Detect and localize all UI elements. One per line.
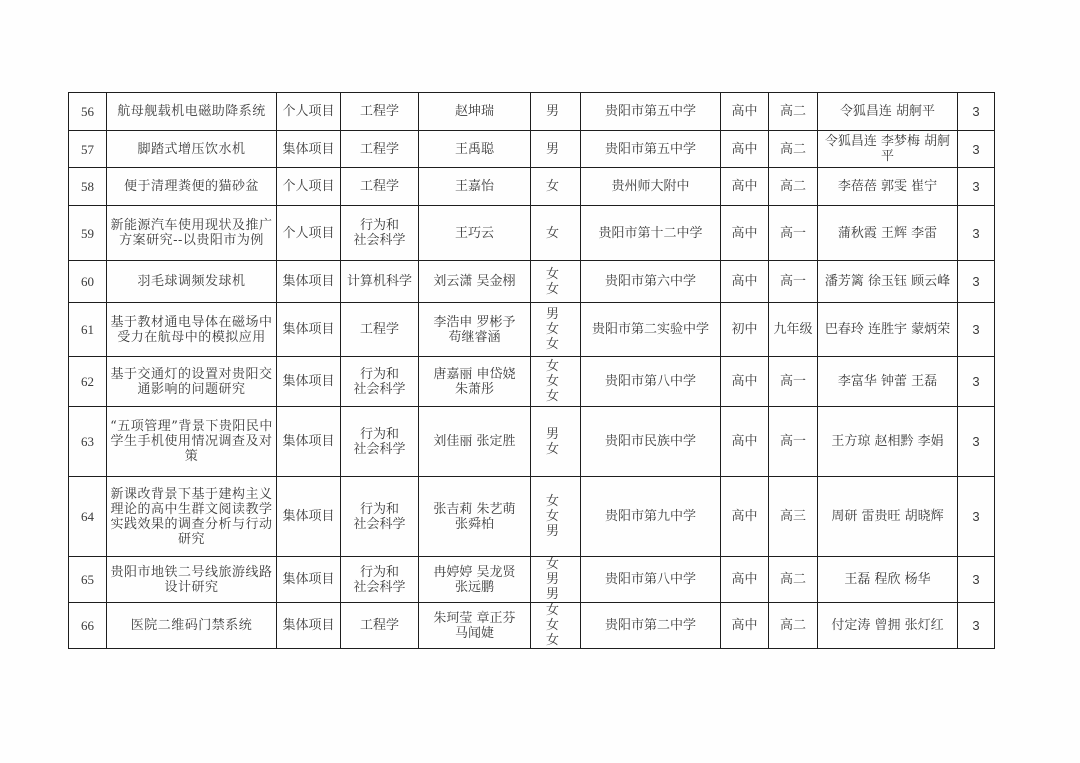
grade-level: 高二 <box>769 557 818 603</box>
advisor-count: 3 <box>958 93 995 131</box>
advisor-names: 王方琼 赵相黔 李娟 <box>818 407 958 477</box>
student-genders-line: 女 男 <box>534 557 577 587</box>
advisor-names: 王磊 程欣 杨华 <box>818 557 958 603</box>
project-field-line: 工程学 <box>344 322 415 337</box>
advisor-names: 周研 雷贵旺 胡晓辉 <box>818 477 958 557</box>
student-genders-line: 男 女 <box>534 307 577 337</box>
student-genders-line: 女 女 <box>534 267 577 297</box>
school-stage: 高中 <box>721 357 769 407</box>
school-name: 贵阳市第五中学 <box>581 93 721 131</box>
student-genders: 男 女 <box>531 407 581 477</box>
advisor-count: 3 <box>958 303 995 357</box>
table-row: 65贵阳市地铁二号线旅游线路设计研究集体项目行为和社会科学冉婷婷 吴龙贤张远鹏女… <box>69 557 995 603</box>
row-number: 65 <box>69 557 107 603</box>
row-number: 60 <box>69 261 107 303</box>
student-names-line: 王禹聪 <box>422 142 527 157</box>
grade-level: 高一 <box>769 206 818 261</box>
table-row: 56航母舰载机电磁助降系统个人项目工程学赵坤瑞男贵阳市第五中学高中高二令狐昌连 … <box>69 93 995 131</box>
row-number: 61 <box>69 303 107 357</box>
table-row: 62基于交通灯的设置对贵阳交通影响的问题研究集体项目行为和社会科学唐嘉丽 申岱娆… <box>69 357 995 407</box>
project-type: 集体项目 <box>277 477 341 557</box>
table-row: 63“五项管理”背景下贵阳民中学生手机使用情况调查及对策集体项目行为和社会科学刘… <box>69 407 995 477</box>
project-roster-table: 56航母舰载机电磁助降系统个人项目工程学赵坤瑞男贵阳市第五中学高中高二令狐昌连 … <box>68 92 995 649</box>
student-names-line: 张吉莉 朱艺萌 <box>422 502 527 517</box>
project-type: 个人项目 <box>277 168 341 206</box>
project-title: “五项管理”背景下贵阳民中学生手机使用情况调查及对策 <box>107 407 277 477</box>
project-title: 羽毛球调频发球机 <box>107 261 277 303</box>
advisor-names: 付定涛 曾拥 张灯红 <box>818 603 958 649</box>
student-names-line: 马闻婕 <box>422 626 527 641</box>
project-type: 集体项目 <box>277 557 341 603</box>
row-number: 58 <box>69 168 107 206</box>
table-row: 60羽毛球调频发球机集体项目计算机科学刘云潇 吴金栩女 女贵阳市第六中学高中高一… <box>69 261 995 303</box>
project-title: 便于清理粪便的猫砂盆 <box>107 168 277 206</box>
project-field-line: 工程学 <box>344 142 415 157</box>
student-genders-line: 男 <box>534 587 577 602</box>
project-type: 个人项目 <box>277 206 341 261</box>
school-name: 贵阳市第二实验中学 <box>581 303 721 357</box>
student-genders: 男 <box>531 131 581 168</box>
project-title: 脚踏式增压饮水机 <box>107 131 277 168</box>
grade-level: 高一 <box>769 407 818 477</box>
table-row: 61基于教材通电导体在磁场中受力在航母中的模拟应用集体项目工程学李浩申 罗彬予苟… <box>69 303 995 357</box>
grade-level: 高三 <box>769 477 818 557</box>
student-names-line: 冉婷婷 吴龙贤 <box>422 565 527 580</box>
school-stage: 高中 <box>721 261 769 303</box>
school-stage: 初中 <box>721 303 769 357</box>
school-stage: 高中 <box>721 603 769 649</box>
project-field-line: 社会科学 <box>344 580 415 595</box>
project-title: 航母舰载机电磁助降系统 <box>107 93 277 131</box>
project-field: 行为和社会科学 <box>341 477 419 557</box>
table-row: 57脚踏式增压饮水机集体项目工程学王禹聪男贵阳市第五中学高中高二令狐昌连 李梦梅… <box>69 131 995 168</box>
advisor-count: 3 <box>958 477 995 557</box>
project-field: 工程学 <box>341 168 419 206</box>
student-genders: 女 女女 <box>531 603 581 649</box>
student-names-line: 李浩申 罗彬予 <box>422 315 527 330</box>
student-names: 张吉莉 朱艺萌张舜柏 <box>419 477 531 557</box>
project-field-line: 社会科学 <box>344 442 415 457</box>
row-number: 57 <box>69 131 107 168</box>
advisor-count: 3 <box>958 603 995 649</box>
advisor-count: 3 <box>958 261 995 303</box>
student-names-line: 朱萧彤 <box>422 382 527 397</box>
student-names-line: 张远鹏 <box>422 580 527 595</box>
advisor-names: 潘芳篱 徐玉钰 顾云峰 <box>818 261 958 303</box>
school-stage: 高中 <box>721 93 769 131</box>
grade-level: 九年级 <box>769 303 818 357</box>
project-field: 行为和社会科学 <box>341 557 419 603</box>
student-names: 唐嘉丽 申岱娆朱萧彤 <box>419 357 531 407</box>
project-type: 集体项目 <box>277 303 341 357</box>
project-field: 工程学 <box>341 93 419 131</box>
project-field-line: 行为和 <box>344 502 415 517</box>
advisor-names: 巴春玲 连胜宇 蒙炳荣 <box>818 303 958 357</box>
student-genders: 女 <box>531 206 581 261</box>
table-row: 59新能源汽车使用现状及推广方案研究--以贵阳市为例个人项目行为和社会科学王巧云… <box>69 206 995 261</box>
project-field-line: 行为和 <box>344 218 415 233</box>
table-row: 66医院二维码门禁系统集体项目工程学朱珂莹 章正芬马闻婕女 女女贵阳市第二中学高… <box>69 603 995 649</box>
student-genders-line: 男 <box>534 142 577 157</box>
student-names: 冉婷婷 吴龙贤张远鹏 <box>419 557 531 603</box>
project-title: 基于交通灯的设置对贵阳交通影响的问题研究 <box>107 357 277 407</box>
project-field-line: 社会科学 <box>344 517 415 532</box>
project-field-line: 社会科学 <box>344 233 415 248</box>
project-field: 工程学 <box>341 603 419 649</box>
student-genders-line: 女 <box>534 389 577 404</box>
school-name: 贵阳市第二中学 <box>581 603 721 649</box>
grade-level: 高二 <box>769 168 818 206</box>
advisor-count: 3 <box>958 407 995 477</box>
row-number: 59 <box>69 206 107 261</box>
project-type: 集体项目 <box>277 131 341 168</box>
project-field: 计算机科学 <box>341 261 419 303</box>
student-names: 赵坤瑞 <box>419 93 531 131</box>
student-names-line: 赵坤瑞 <box>422 104 527 119</box>
school-name: 贵阳市第九中学 <box>581 477 721 557</box>
student-genders: 女 <box>531 168 581 206</box>
student-names: 王巧云 <box>419 206 531 261</box>
student-names-line: 刘佳丽 张定胜 <box>422 434 527 449</box>
project-title: 新课改背景下基于建构主义理论的高中生群文阅读教学实践效果的调查分析与行动研究 <box>107 477 277 557</box>
project-type: 集体项目 <box>277 357 341 407</box>
row-number: 62 <box>69 357 107 407</box>
student-genders-line: 女 <box>534 337 577 352</box>
project-field-line: 工程学 <box>344 104 415 119</box>
advisor-names: 令狐昌连 李梦梅 胡舸平 <box>818 131 958 168</box>
grade-level: 高二 <box>769 603 818 649</box>
student-genders-line: 女 女 <box>534 603 577 633</box>
project-title: 基于教材通电导体在磁场中受力在航母中的模拟应用 <box>107 303 277 357</box>
school-stage: 高中 <box>721 131 769 168</box>
student-names-line: 王嘉怡 <box>422 179 527 194</box>
project-field-line: 行为和 <box>344 565 415 580</box>
table-row: 58便于清理粪便的猫砂盆个人项目工程学王嘉怡女贵州师大附中高中高二李蓓蓓 郭雯 … <box>69 168 995 206</box>
student-genders-line: 女 <box>534 179 577 194</box>
project-type: 集体项目 <box>277 603 341 649</box>
grade-level: 高一 <box>769 357 818 407</box>
student-names: 刘佳丽 张定胜 <box>419 407 531 477</box>
school-stage: 高中 <box>721 557 769 603</box>
project-field: 行为和社会科学 <box>341 357 419 407</box>
student-names-line: 唐嘉丽 申岱娆 <box>422 367 527 382</box>
student-names-line: 苟继睿涵 <box>422 330 527 345</box>
project-field-line: 计算机科学 <box>344 274 415 289</box>
advisor-names: 令狐昌连 胡舸平 <box>818 93 958 131</box>
grade-level: 高二 <box>769 93 818 131</box>
school-name: 贵阳市第十二中学 <box>581 206 721 261</box>
student-genders-line: 女 <box>534 633 577 648</box>
student-genders: 女 男男 <box>531 557 581 603</box>
student-genders-line: 男 <box>534 104 577 119</box>
project-field-line: 行为和 <box>344 427 415 442</box>
row-number: 66 <box>69 603 107 649</box>
student-genders-line: 男 女 <box>534 427 577 457</box>
student-names: 刘云潇 吴金栩 <box>419 261 531 303</box>
student-genders: 女 女女 <box>531 357 581 407</box>
project-field: 行为和社会科学 <box>341 206 419 261</box>
advisor-count: 3 <box>958 557 995 603</box>
advisor-count: 3 <box>958 206 995 261</box>
project-field-line: 工程学 <box>344 179 415 194</box>
student-names-line: 王巧云 <box>422 226 527 241</box>
school-name: 贵阳市第六中学 <box>581 261 721 303</box>
student-genders-line: 女 女 <box>534 359 577 389</box>
grade-level: 高一 <box>769 261 818 303</box>
student-names: 李浩申 罗彬予苟继睿涵 <box>419 303 531 357</box>
advisor-count: 3 <box>958 357 995 407</box>
advisor-count: 3 <box>958 131 995 168</box>
student-genders: 女 女 <box>531 261 581 303</box>
student-genders-line: 女 <box>534 226 577 241</box>
project-title: 新能源汽车使用现状及推广方案研究--以贵阳市为例 <box>107 206 277 261</box>
project-title: 医院二维码门禁系统 <box>107 603 277 649</box>
school-stage: 高中 <box>721 206 769 261</box>
school-name: 贵阳市第五中学 <box>581 131 721 168</box>
advisor-count: 3 <box>958 168 995 206</box>
school-name: 贵阳市民族中学 <box>581 407 721 477</box>
project-type: 集体项目 <box>277 407 341 477</box>
school-name: 贵阳市第八中学 <box>581 357 721 407</box>
row-number: 64 <box>69 477 107 557</box>
project-field: 工程学 <box>341 303 419 357</box>
project-field-line: 工程学 <box>344 618 415 633</box>
school-name: 贵州师大附中 <box>581 168 721 206</box>
student-names-line: 张舜柏 <box>422 517 527 532</box>
student-genders: 男 <box>531 93 581 131</box>
document-page: 56航母舰载机电磁助降系统个人项目工程学赵坤瑞男贵阳市第五中学高中高二令狐昌连 … <box>0 0 1080 763</box>
table-row: 64新课改背景下基于建构主义理论的高中生群文阅读教学实践效果的调查分析与行动研究… <box>69 477 995 557</box>
school-name: 贵阳市第八中学 <box>581 557 721 603</box>
grade-level: 高二 <box>769 131 818 168</box>
advisor-names: 李富华 钟蕾 王磊 <box>818 357 958 407</box>
table-body: 56航母舰载机电磁助降系统个人项目工程学赵坤瑞男贵阳市第五中学高中高二令狐昌连 … <box>69 93 995 649</box>
row-number: 63 <box>69 407 107 477</box>
student-genders: 女 女男 <box>531 477 581 557</box>
row-number: 56 <box>69 93 107 131</box>
project-field-line: 行为和 <box>344 367 415 382</box>
school-stage: 高中 <box>721 407 769 477</box>
student-genders: 男 女女 <box>531 303 581 357</box>
student-names: 王嘉怡 <box>419 168 531 206</box>
student-names-line: 朱珂莹 章正芬 <box>422 611 527 626</box>
project-field: 工程学 <box>341 131 419 168</box>
student-names: 朱珂莹 章正芬马闻婕 <box>419 603 531 649</box>
student-genders-line: 男 <box>534 524 577 539</box>
project-field: 行为和社会科学 <box>341 407 419 477</box>
advisor-names: 李蓓蓓 郭雯 崔宁 <box>818 168 958 206</box>
project-field-line: 社会科学 <box>344 382 415 397</box>
student-genders-line: 女 女 <box>534 494 577 524</box>
project-type: 个人项目 <box>277 93 341 131</box>
project-title: 贵阳市地铁二号线旅游线路设计研究 <box>107 557 277 603</box>
school-stage: 高中 <box>721 477 769 557</box>
advisor-names: 蒲秋霞 王辉 李雷 <box>818 206 958 261</box>
project-type: 集体项目 <box>277 261 341 303</box>
student-names: 王禹聪 <box>419 131 531 168</box>
student-names-line: 刘云潇 吴金栩 <box>422 274 527 289</box>
school-stage: 高中 <box>721 168 769 206</box>
